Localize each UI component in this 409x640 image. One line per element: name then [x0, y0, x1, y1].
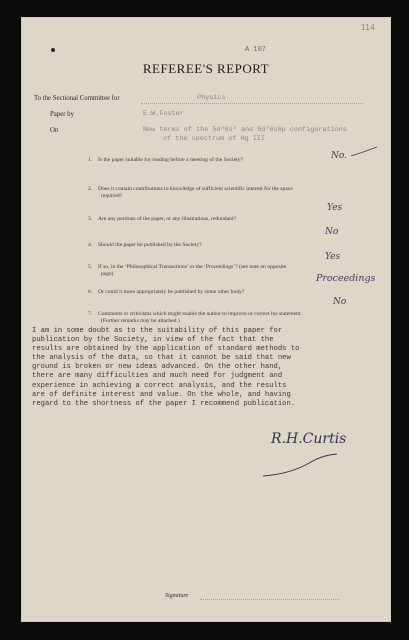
form-number: A 107 — [245, 46, 266, 54]
punch-hole-mark — [51, 48, 55, 52]
committee-label: To the Sectional Committee for — [34, 95, 120, 102]
referee-comments: I am in some doubt as to the suitability… — [32, 327, 377, 409]
comment-line: results are obtained by the application … — [32, 345, 377, 354]
answer-1-pen-stroke — [349, 145, 379, 159]
signature-label: Signature — [165, 593, 188, 599]
comment-line: ground is broken or new ideas advanced. … — [32, 363, 377, 372]
handwritten-signature: R.H.Curtis — [271, 431, 346, 447]
answer-1-handwritten: No. — [331, 151, 347, 161]
question-3: 3.Are any portions of the paper, or any … — [88, 216, 338, 223]
paper-by-value: E.W.Foster — [143, 110, 184, 118]
page-number: 114 — [361, 23, 375, 32]
signature-dotted-line — [200, 599, 340, 600]
comment-line: the analysis of the data, so that it can… — [32, 354, 377, 363]
question-2: 2.Does it contain contributions to knowl… — [88, 186, 373, 200]
on-label: On — [50, 127, 58, 134]
answer-3-handwritten: No — [325, 227, 338, 237]
answer-4-handwritten: Yes — [325, 252, 340, 262]
signature-flourish — [261, 450, 341, 480]
committee-value: Physics — [197, 94, 226, 102]
comment-line: publication by the Society, in view of t… — [32, 336, 377, 345]
answer-5-handwritten: Proceedings — [316, 273, 375, 284]
comment-line: are of definite interest and value. On t… — [32, 391, 377, 400]
comment-line: experience in achieving a correct analys… — [32, 382, 377, 391]
question-7: 7.Comments or criticisms which might ena… — [88, 311, 378, 325]
referee-report-page: 114 A 107 REFEREE'S REPORT To the Sectio… — [21, 17, 391, 622]
comment-line: there are many difficulties and much nee… — [32, 372, 377, 381]
on-value-line1: New terms of the 5d⁸6s² and 5d⁸6s6p conf… — [143, 126, 347, 134]
paper-by-label: Paper by — [50, 111, 74, 118]
question-1: 1.Is the paper suitable for reading befo… — [88, 157, 338, 164]
comment-line: regard to the shortness of the paper I r… — [32, 400, 377, 409]
question-4: 4.Should the paper be published by the S… — [88, 242, 338, 249]
answer-6-handwritten: No — [333, 297, 346, 307]
question-6: 6.Or could it more appropriately be publ… — [88, 289, 338, 296]
on-value-line2: of the spectrum of Hg III — [163, 135, 265, 143]
committee-dotted-line — [141, 103, 363, 104]
answer-2-handwritten: Yes — [327, 203, 342, 213]
comment-line: I am in some doubt as to the suitability… — [32, 327, 377, 336]
document-title: REFEREE'S REPORT — [21, 61, 391, 77]
